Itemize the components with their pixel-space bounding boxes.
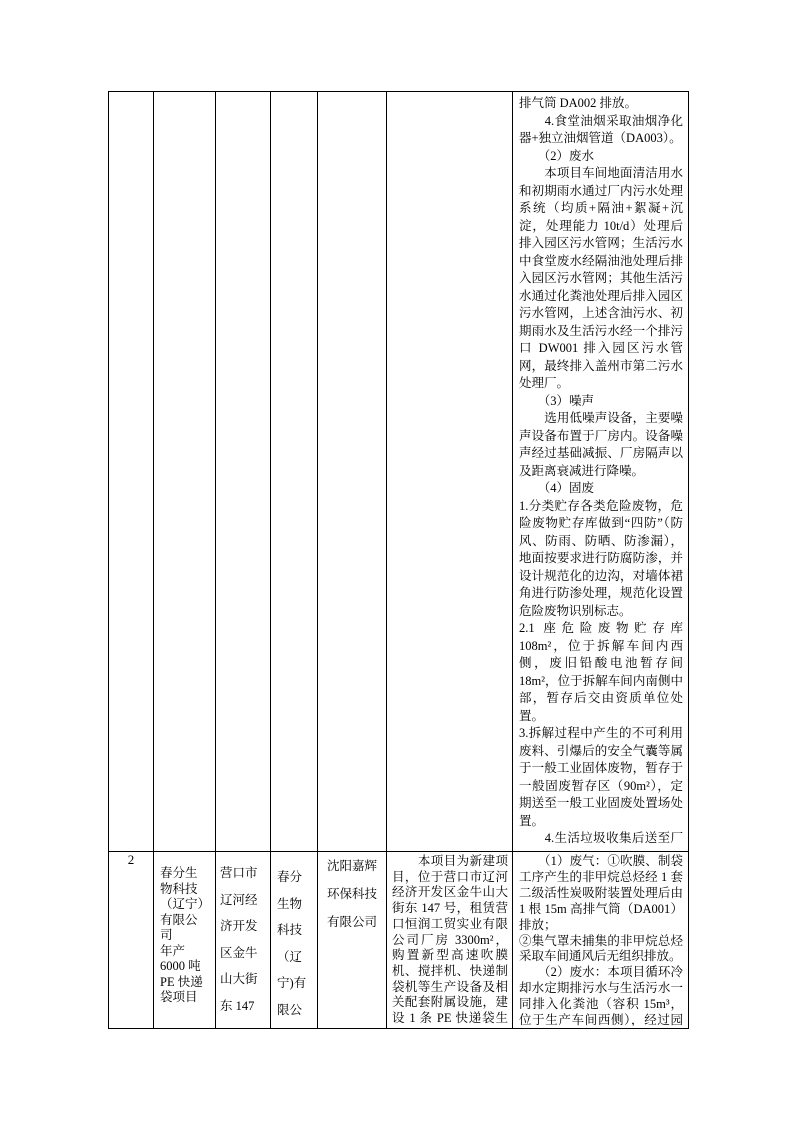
row1-measures-cell: 排气筒 DA002 排放。 4.食堂油烟采取油烟净化器+独立油烟管道（DA003… (513, 92, 689, 852)
table-row-continuation: 排气筒 DA002 排放。 4.食堂油烟采取油烟净化器+独立油烟管道（DA003… (109, 92, 689, 852)
row1-pollution-measures: 排气筒 DA002 排放。 4.食堂油烟采取油烟净化器+独立油烟管道（DA003… (513, 92, 688, 847)
row1-builder-cell (271, 92, 318, 852)
row1-overview-cell (387, 92, 513, 852)
row1-eia-agency-cell (318, 92, 387, 852)
row2-measures-cell: （1）废气：①吹膜、制袋工序产生的非甲烷总烃经 1 套二级活性炭吸附装置处理后由… (513, 852, 689, 1029)
row2-builder-cell: 春分 生物 科技 （辽 宁)有 限公 (271, 852, 318, 1029)
row1-project-name-cell (154, 92, 216, 852)
row2-seq-cell: 2 (109, 852, 154, 1029)
row1-seq-cell (109, 92, 154, 852)
row2-project-name-cell: 春分生 物科技 （辽宁） 有限公 司 年产 6000 吨 PE 快递 袋项目 (154, 852, 216, 1029)
row2-pollution-measures: （1）废气：①吹膜、制袋工序产生的非甲烷总烃经 1 套二级活性炭吸附装置处理后由… (513, 852, 688, 1026)
row2-eia-agency: 沈阳嘉辉 环保科技 有限公司 (318, 852, 386, 936)
row2-location-cell: 营口市 辽河经 济开发 区金牛 山大街 东 147 (216, 852, 271, 1029)
table-row-2: 2 春分生 物科技 （辽宁） 有限公 司 年产 6000 吨 PE 快递 袋项目… (109, 852, 689, 1029)
row1-location-cell (216, 92, 271, 852)
document-page: 排气筒 DA002 排放。 4.食堂油烟采取油烟净化器+独立油烟管道（DA003… (0, 0, 793, 1122)
row2-location: 营口市 辽河经 济开发 区金牛 山大街 东 147 (216, 852, 270, 1026)
row2-project-name: 春分生 物科技 （辽宁） 有限公 司 年产 6000 吨 PE 快递 袋项目 (154, 852, 215, 1026)
row2-seq: 2 (109, 852, 153, 868)
row2-builder: 春分 生物 科技 （辽 宁)有 限公 (271, 852, 317, 1026)
row2-overview: 本项目为新建项目，位于营口市辽河经济开发区金牛山大街东 147 号，租赁营口恒润… (387, 852, 512, 1026)
row2-overview-cell: 本项目为新建项目，位于营口市辽河经济开发区金牛山大街东 147 号，租赁营口恒润… (387, 852, 513, 1029)
eia-approval-table: 排气筒 DA002 排放。 4.食堂油烟采取油烟净化器+独立油烟管道（DA003… (108, 91, 689, 1029)
row2-eia-agency-cell: 沈阳嘉辉 环保科技 有限公司 (318, 852, 387, 1029)
